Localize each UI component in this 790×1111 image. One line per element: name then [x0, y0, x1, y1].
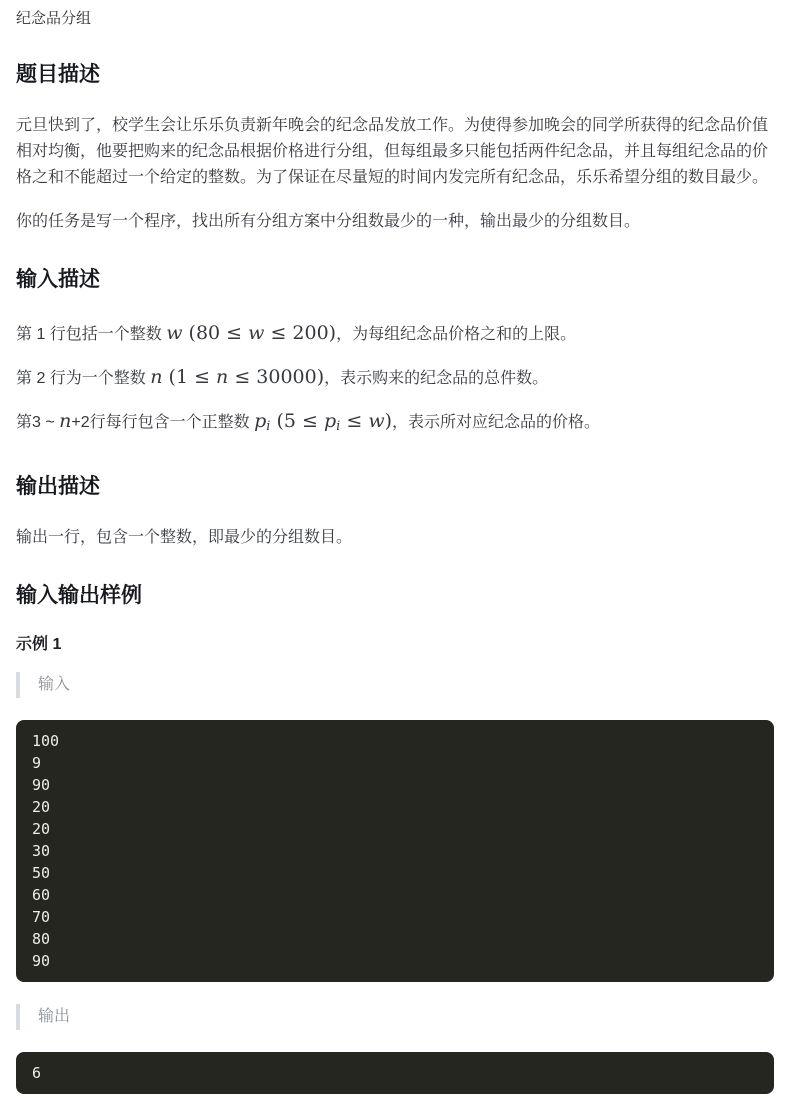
math-segment: ≤ 200) [264, 322, 336, 344]
example-1-heading: 示例 1 [16, 634, 774, 656]
section-heading-description: 题目描述 [16, 60, 774, 89]
math-segment: w [248, 322, 264, 344]
text-segment: +2行每行包含一个正整数 [71, 414, 254, 431]
text-segment: 第3 ~ [16, 414, 59, 431]
output-desc-line: 输出一行，包含一个整数，即最少的分组数目。 [16, 525, 774, 551]
description-paragraph-1: 元旦快到了，校学生会让乐乐负责新年晚会的纪念品发放工作。为使得参加晚会的同学所获… [16, 113, 774, 191]
sample-input-code-block[interactable]: 100 9 90 20 20 30 50 60 70 80 90 [16, 720, 774, 982]
math-segment: w [368, 410, 384, 432]
math-segment: p [324, 410, 336, 432]
text-segment: ，表示所对应纪念品的价格。 [392, 414, 600, 431]
description-paragraph-2: 你的任务是写一个程序，找出所有分组方案中分组数最少的一种，输出最少的分组数目。 [16, 209, 774, 235]
problem-page: 纪念品分组 题目描述 元旦快到了，校学生会让乐乐负责新年晚会的纪念品发放工作。为… [0, 0, 790, 1094]
math-segment: (5 ≤ [270, 410, 324, 432]
math-segment: ≤ [340, 410, 368, 432]
sample-output-code-block[interactable]: 6 [16, 1052, 774, 1094]
section-heading-samples: 输入输出样例 [16, 581, 774, 610]
sample-output-label: 输出 [16, 1004, 774, 1030]
page-title: 纪念品分组 [16, 8, 774, 30]
math-segment: (1 ≤ [163, 366, 217, 388]
text-segment: 第 2 行为一个整数 [16, 370, 150, 387]
math-segment: (80 ≤ [183, 322, 249, 344]
math-segment: p [254, 410, 266, 432]
input-desc-line-2: 第 2 行为一个整数 n (1 ≤ n ≤ 30000)，表示购来的纪念品的总件… [16, 362, 774, 394]
math-segment: n [216, 366, 228, 388]
text-segment: ，为每组纪念品价格之和的上限。 [336, 326, 576, 343]
section-heading-output-description: 输出描述 [16, 472, 774, 501]
text-segment: ，表示购来的纪念品的总件数。 [324, 370, 548, 387]
text-segment: 第 1 行包括一个整数 [16, 326, 166, 343]
math-segment: n [59, 410, 71, 432]
math-segment: ) [385, 410, 392, 432]
math-segment: n [150, 366, 162, 388]
section-heading-input-description: 输入描述 [16, 265, 774, 294]
input-desc-line-1: 第 1 行包括一个整数 w (80 ≤ w ≤ 200)，为每组纪念品价格之和的… [16, 318, 774, 350]
sample-input-label: 输入 [16, 672, 774, 698]
math-segment: ≤ 30000) [228, 366, 324, 388]
input-desc-line-3: 第3 ~ n+2行每行包含一个正整数 pi (5 ≤ pi ≤ w)，表示所对应… [16, 406, 774, 442]
math-segment: w [166, 322, 182, 344]
